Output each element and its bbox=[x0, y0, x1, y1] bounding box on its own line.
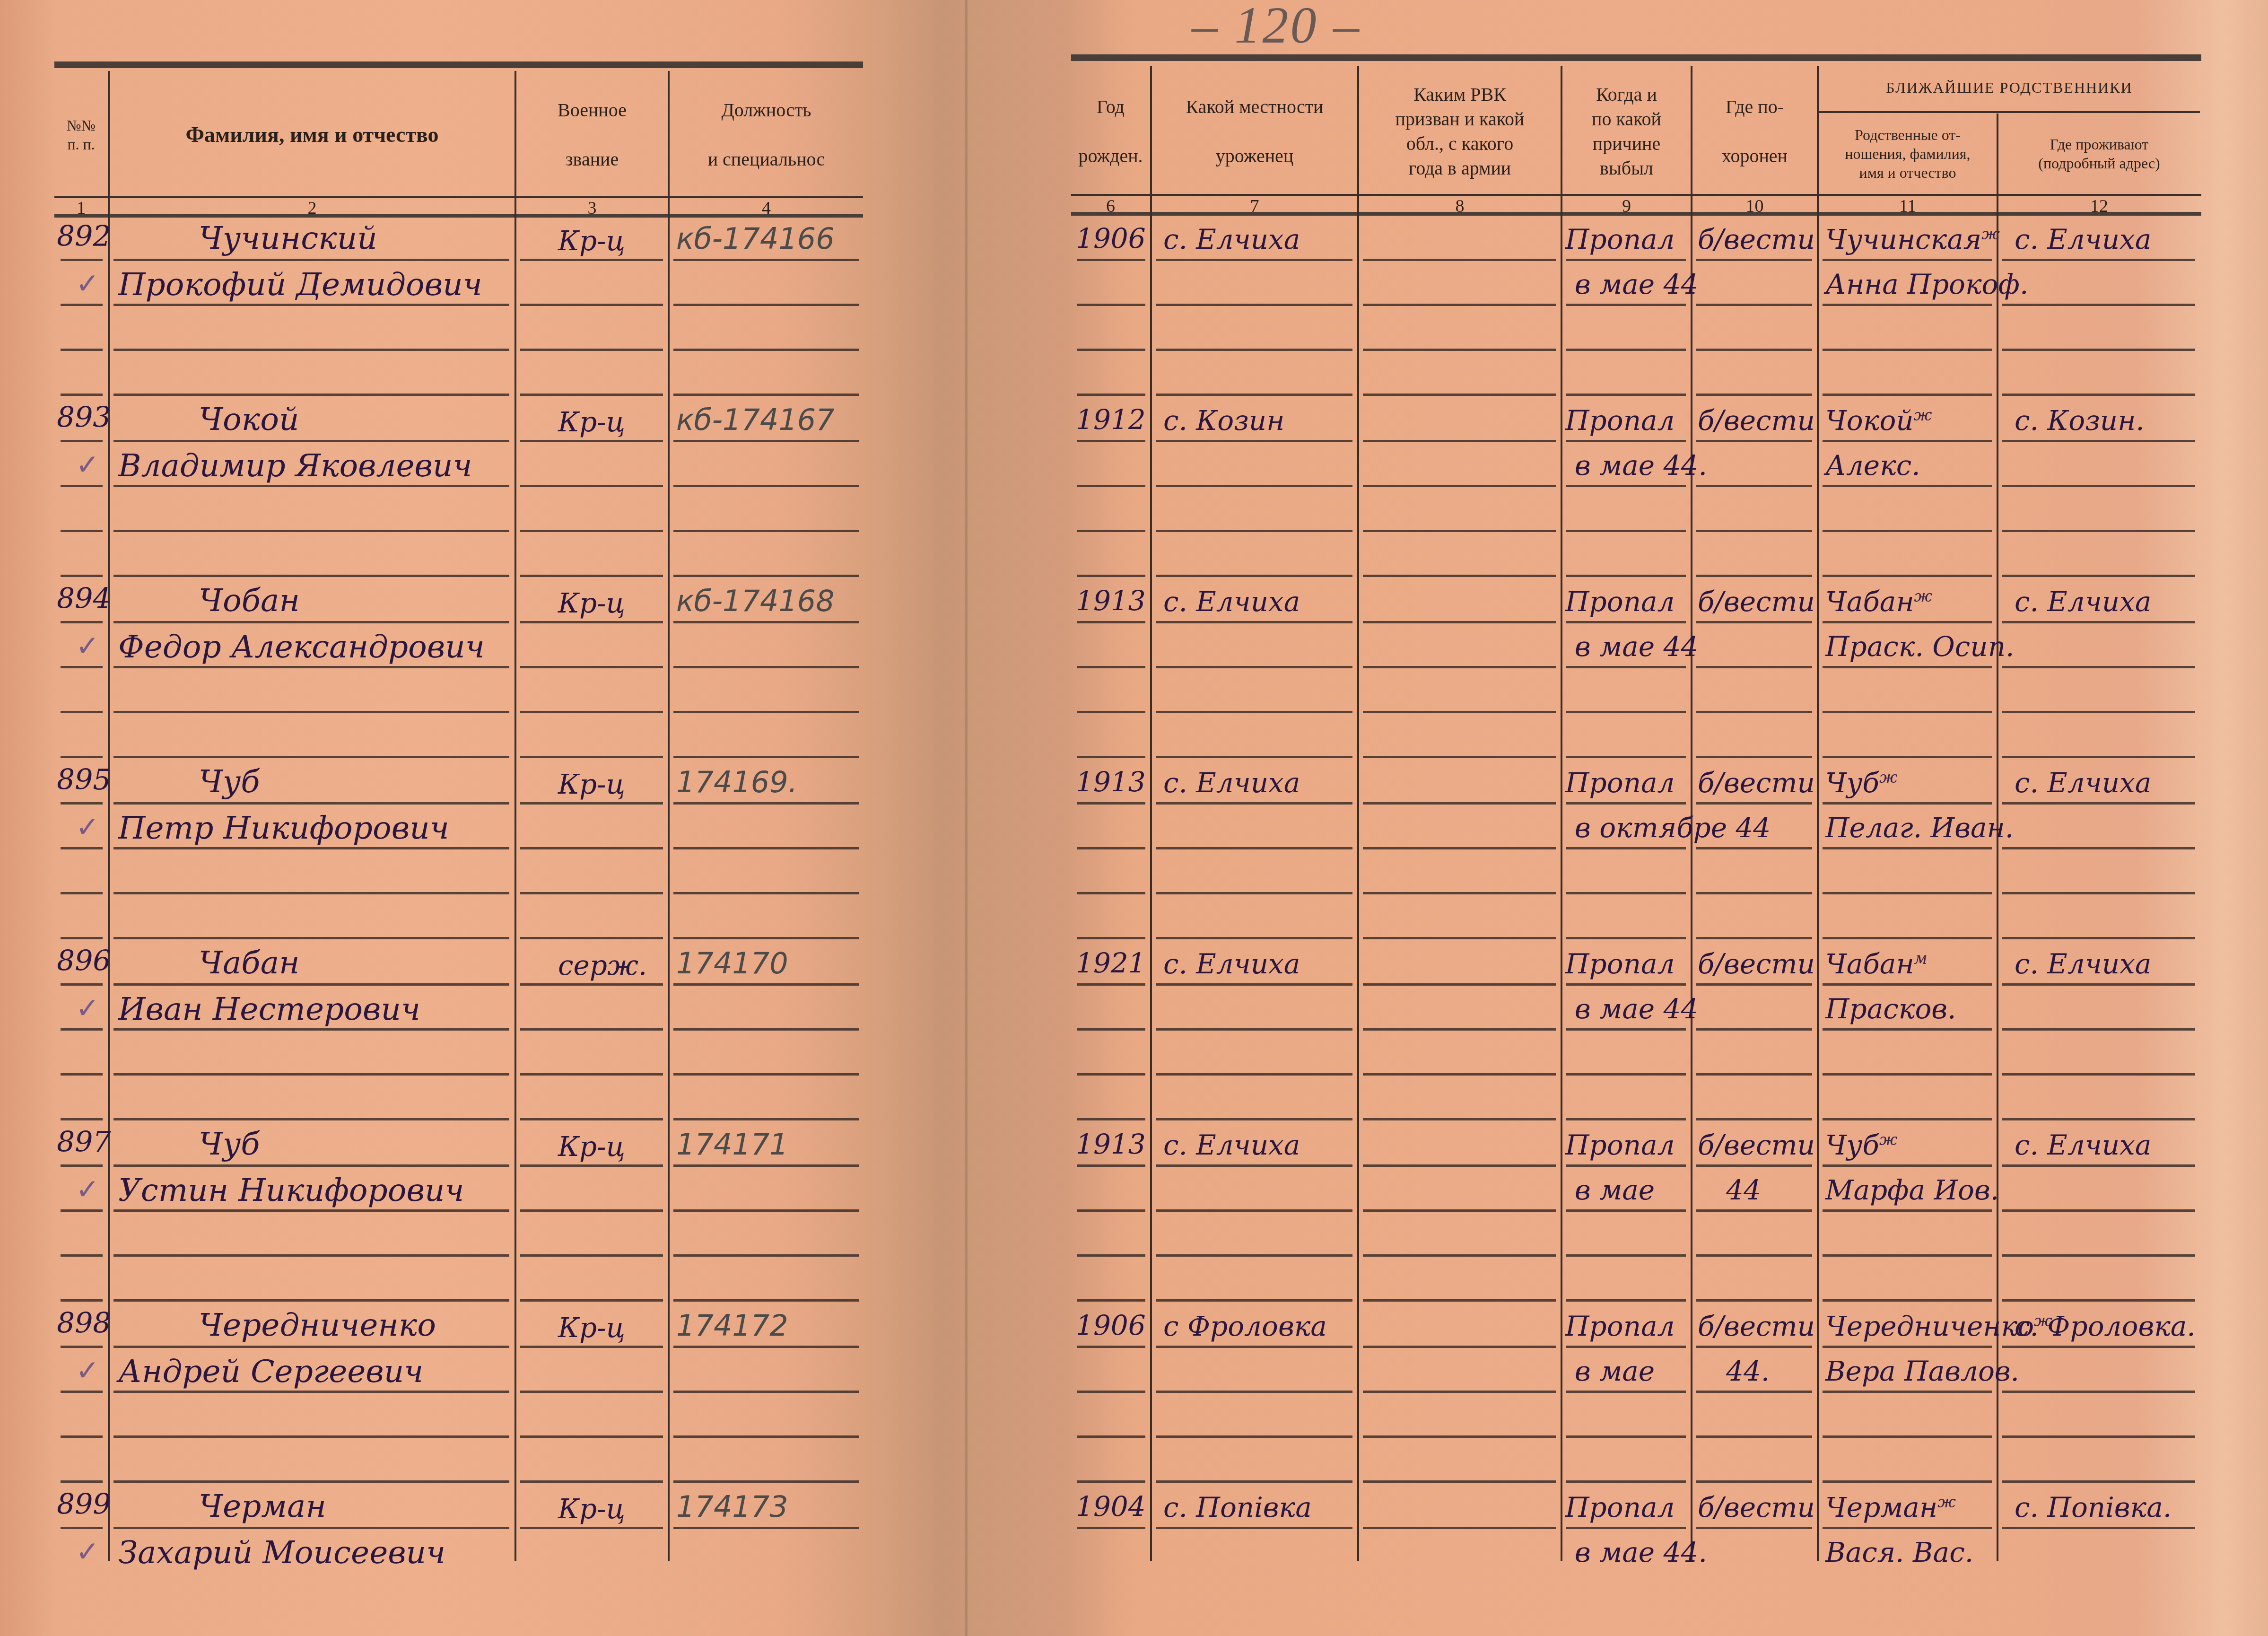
row-rule bbox=[113, 983, 509, 986]
birth-year: 1913 bbox=[1076, 585, 1146, 617]
record-number: 897 bbox=[57, 1126, 111, 1159]
row-rule bbox=[1566, 440, 1686, 442]
row-rule bbox=[61, 1254, 103, 1257]
row-rule bbox=[1077, 621, 1145, 623]
row-rule bbox=[1156, 666, 1352, 668]
row-rule bbox=[1077, 1480, 1145, 1483]
row-rule bbox=[673, 1435, 859, 1438]
header-top-rule bbox=[1071, 54, 2201, 61]
col-number: 4 bbox=[670, 198, 863, 219]
row-rule bbox=[61, 575, 103, 577]
row-rule bbox=[113, 1028, 509, 1031]
row-rule bbox=[2002, 259, 2195, 261]
row-rule bbox=[1363, 440, 1556, 442]
row-rule bbox=[1156, 1254, 1352, 1257]
birthplace: с. Попівка bbox=[1163, 1491, 1312, 1523]
row-rule bbox=[1823, 1118, 1992, 1120]
row-rule bbox=[2002, 1164, 2195, 1167]
col-number: 6 bbox=[1071, 196, 1150, 217]
row-rule bbox=[673, 349, 859, 351]
row-rule bbox=[1823, 1209, 1992, 1212]
relative-given: Пелаг. Иван. bbox=[1825, 812, 2014, 844]
relative-address: с. Елчиха bbox=[2015, 767, 2151, 799]
row-rule bbox=[1156, 892, 1352, 894]
row-rule bbox=[2002, 1346, 2195, 1348]
birth-year: 1906 bbox=[1076, 222, 1146, 254]
row-rule bbox=[1696, 575, 1812, 577]
row-rule bbox=[1156, 802, 1352, 805]
checked-mark-icon: ✓ bbox=[76, 1173, 99, 1206]
row-rule bbox=[1696, 304, 1812, 306]
relation-mark: м bbox=[1914, 949, 1928, 968]
surname: Чобан bbox=[199, 582, 300, 619]
reason-line-2: в мае 44 bbox=[1575, 993, 1698, 1025]
row-rule bbox=[1077, 756, 1145, 758]
row-rule bbox=[2002, 983, 2195, 986]
row-rule bbox=[520, 711, 663, 713]
row-rule bbox=[1077, 1346, 1145, 1348]
row-rule bbox=[1696, 394, 1812, 396]
row-rule bbox=[1156, 530, 1352, 532]
row-rule bbox=[673, 847, 859, 849]
birth-year: 1912 bbox=[1076, 403, 1146, 436]
row-rule bbox=[520, 756, 663, 758]
col-number: 10 bbox=[1692, 196, 1817, 217]
header-burial: Где по- хоронен bbox=[1692, 71, 1817, 192]
row-rule bbox=[61, 1346, 103, 1348]
row-rule bbox=[1566, 259, 1686, 261]
row-rule bbox=[113, 711, 509, 713]
row-rule bbox=[673, 1299, 859, 1302]
row-rule bbox=[61, 847, 103, 849]
burial-line-1: б/вести bbox=[1698, 404, 1815, 437]
row-rule bbox=[61, 1435, 103, 1438]
row-rule bbox=[520, 1527, 663, 1529]
row-rule bbox=[1156, 1299, 1352, 1302]
row-rule bbox=[1363, 1527, 1556, 1529]
row-rule bbox=[1156, 394, 1352, 396]
row-rule bbox=[673, 259, 859, 261]
row-rule bbox=[61, 530, 103, 532]
row-rule bbox=[520, 666, 663, 668]
col-divider bbox=[1357, 66, 1359, 1561]
relative-address: с. Фроловка. bbox=[2015, 1310, 2196, 1342]
row-rule bbox=[1363, 621, 1556, 623]
record-number: 898 bbox=[57, 1307, 111, 1340]
row-rule bbox=[1077, 1028, 1145, 1031]
row-rule bbox=[1566, 847, 1686, 849]
relation-mark: ж bbox=[1914, 406, 1932, 425]
row-rule bbox=[113, 304, 509, 306]
row-rule bbox=[520, 1391, 663, 1393]
row-rule bbox=[1156, 1164, 1352, 1167]
given-names: Петр Никифорович bbox=[118, 810, 449, 846]
row-rule bbox=[61, 259, 103, 261]
row-rule bbox=[673, 983, 859, 986]
surname: Чабан bbox=[199, 945, 299, 981]
row-rule bbox=[1156, 983, 1352, 986]
relative-name: Чубж bbox=[1825, 767, 1898, 799]
row-rule bbox=[1823, 394, 1992, 396]
row-rule bbox=[2002, 304, 2195, 306]
surname: Чучинский bbox=[199, 220, 377, 256]
row-rule bbox=[520, 847, 663, 849]
row-rule bbox=[1077, 304, 1145, 306]
relative-address: с. Попівка. bbox=[2015, 1491, 2172, 1523]
birth-year: 1904 bbox=[1076, 1490, 1146, 1522]
position-code: кб-174166 bbox=[676, 221, 835, 256]
relative-address: с. Елчиха bbox=[2015, 586, 2151, 618]
row-rule bbox=[1566, 1527, 1686, 1529]
row-rule bbox=[1566, 1073, 1686, 1076]
row-rule bbox=[673, 802, 859, 805]
relative-address: с. Елчиха bbox=[2015, 223, 2151, 255]
row-rule bbox=[61, 1209, 103, 1212]
birthplace: с. Козин bbox=[1163, 404, 1284, 437]
page-number: – 120 – bbox=[1192, 0, 1361, 55]
checked-mark-icon: ✓ bbox=[76, 811, 99, 844]
row-rule bbox=[2002, 1480, 2195, 1483]
row-rule bbox=[1823, 666, 1992, 668]
row-rule bbox=[1696, 937, 1812, 939]
row-rule bbox=[61, 1480, 103, 1483]
reason-line-1: Пропал bbox=[1565, 1310, 1675, 1342]
header-position: Должность и специальнос bbox=[670, 76, 863, 194]
reason-line-2: в мае 44 bbox=[1575, 268, 1698, 300]
row-rule bbox=[1823, 1346, 1992, 1348]
row-rule bbox=[1696, 1299, 1812, 1302]
birth-year: 1921 bbox=[1076, 947, 1146, 979]
birth-year: 1913 bbox=[1076, 766, 1146, 798]
row-rule bbox=[1823, 1527, 1992, 1529]
burial-line-1: б/вести bbox=[1698, 586, 1815, 618]
checked-mark-icon: ✓ bbox=[76, 1354, 99, 1387]
row-rule bbox=[113, 1391, 509, 1393]
row-rule bbox=[520, 1073, 663, 1076]
relative-given: Прасков. bbox=[1825, 993, 1956, 1025]
row-rule bbox=[61, 1391, 103, 1393]
position-code: кб-174167 bbox=[676, 402, 835, 437]
relative-address: с. Козин. bbox=[2015, 404, 2145, 437]
row-rule bbox=[673, 440, 859, 442]
position-code: 174171 bbox=[676, 1127, 788, 1162]
relative-given: Анна Прокоф. bbox=[1825, 268, 2028, 300]
row-rule bbox=[1566, 530, 1686, 532]
row-rule bbox=[1823, 802, 1992, 805]
burial-line-1: б/вести bbox=[1698, 223, 1815, 255]
row-rule bbox=[1363, 394, 1556, 396]
position-code: 174169. bbox=[676, 765, 797, 799]
row-rule bbox=[61, 756, 103, 758]
row-rule bbox=[1363, 1209, 1556, 1212]
reason-line-1: Пропал bbox=[1565, 223, 1675, 255]
row-rule bbox=[113, 1209, 509, 1212]
row-rule bbox=[1823, 1164, 1992, 1167]
row-rule bbox=[1156, 259, 1352, 261]
row-rule bbox=[2002, 530, 2195, 532]
row-rule bbox=[673, 937, 859, 939]
row-rule bbox=[1077, 259, 1145, 261]
col-divider bbox=[668, 71, 670, 1561]
row-rule bbox=[1696, 1254, 1812, 1257]
reason-line-2: в мае bbox=[1575, 1355, 1655, 1387]
row-rule bbox=[113, 440, 509, 442]
relative-name: Чабанж bbox=[1825, 586, 1932, 618]
row-rule bbox=[1566, 983, 1686, 986]
row-rule bbox=[1566, 711, 1686, 713]
row-rule bbox=[673, 304, 859, 306]
row-rule bbox=[1823, 756, 1992, 758]
row-rule bbox=[2002, 1527, 2195, 1529]
row-rule bbox=[1566, 304, 1686, 306]
reason-line-2: в мае 44 bbox=[1575, 630, 1698, 663]
row-rule bbox=[1156, 1209, 1352, 1212]
reason-line-2: в октябре 44 bbox=[1575, 812, 1771, 844]
burial-line-1: б/вести bbox=[1698, 948, 1815, 980]
row-rule bbox=[1156, 1480, 1352, 1483]
header-birth-year: Год рожден. bbox=[1071, 71, 1150, 192]
relative-given: Вася. Вас. bbox=[1825, 1536, 1973, 1568]
given-names: Прокофий Демидович bbox=[118, 266, 482, 303]
header-reason: Когда и по какой причине выбыл bbox=[1562, 71, 1691, 192]
military-rank: Кр-ц bbox=[558, 1130, 625, 1163]
header-military-rank: Военное звание bbox=[516, 76, 668, 194]
row-rule bbox=[1823, 1435, 1992, 1438]
row-rule bbox=[1363, 802, 1556, 805]
row-rule bbox=[1696, 621, 1812, 623]
row-rule bbox=[113, 485, 509, 487]
surname: Черман bbox=[199, 1488, 326, 1524]
checked-mark-icon: ✓ bbox=[76, 992, 99, 1025]
reason-line-2: в мае 44. bbox=[1575, 449, 1707, 481]
row-rule bbox=[1823, 621, 1992, 623]
row-rule bbox=[113, 530, 509, 532]
col-divider bbox=[1561, 66, 1562, 1561]
row-rule bbox=[673, 1254, 859, 1257]
header-relatives-group: БЛИЖАЙШИЕ РОДСТВЕННИКИ bbox=[1819, 66, 2200, 109]
row-rule bbox=[1077, 847, 1145, 849]
row-rule bbox=[1077, 530, 1145, 532]
row-rule bbox=[113, 802, 509, 805]
row-rule bbox=[1566, 892, 1686, 894]
row-rule bbox=[673, 1391, 859, 1393]
row-rule bbox=[1156, 440, 1352, 442]
row-rule bbox=[61, 1118, 103, 1120]
row-rule bbox=[113, 1164, 509, 1167]
row-rule bbox=[1823, 711, 1992, 713]
row-rule bbox=[673, 1527, 859, 1529]
row-rule bbox=[2002, 1254, 2195, 1257]
position-code: 174173 bbox=[676, 1489, 788, 1524]
row-rule bbox=[113, 756, 509, 758]
military-rank: Кр-ц bbox=[558, 225, 625, 257]
relative-address: с. Елчиха bbox=[2015, 948, 2151, 980]
header-top-rule bbox=[54, 61, 863, 68]
relatives-group-rule bbox=[1817, 111, 2200, 113]
record-number: 894 bbox=[57, 582, 111, 615]
reason-line-2: в мае 44. bbox=[1575, 1536, 1707, 1568]
row-rule bbox=[61, 1028, 103, 1031]
row-rule bbox=[2002, 1028, 2195, 1031]
row-rule bbox=[1823, 1391, 1992, 1393]
row-rule bbox=[61, 304, 103, 306]
row-rule bbox=[673, 485, 859, 487]
row-rule bbox=[673, 1028, 859, 1031]
row-rule bbox=[673, 756, 859, 758]
book-fold bbox=[965, 0, 968, 1636]
row-rule bbox=[113, 394, 509, 396]
col-divider bbox=[515, 71, 516, 1561]
row-rule bbox=[2002, 711, 2195, 713]
reason-line-1: Пропал bbox=[1565, 1491, 1675, 1523]
burial-line-2: 44 bbox=[1726, 1174, 1761, 1206]
row-rule bbox=[2002, 1073, 2195, 1076]
row-rule bbox=[1823, 937, 1992, 939]
row-rule bbox=[520, 575, 663, 577]
row-rule bbox=[1156, 1346, 1352, 1348]
row-rule bbox=[1077, 1254, 1145, 1257]
military-rank: Кр-ц bbox=[558, 1312, 625, 1344]
row-rule bbox=[1696, 1435, 1812, 1438]
row-rule bbox=[1696, 530, 1812, 532]
row-rule bbox=[1823, 1299, 1992, 1302]
row-rule bbox=[2002, 621, 2195, 623]
birth-year: 1906 bbox=[1076, 1309, 1146, 1341]
row-rule bbox=[1363, 1346, 1556, 1348]
row-rule bbox=[1566, 937, 1686, 939]
burial-line-1: б/вести bbox=[1698, 1129, 1815, 1161]
row-rule bbox=[2002, 1299, 2195, 1302]
row-rule bbox=[1363, 1435, 1556, 1438]
row-rule bbox=[1077, 983, 1145, 986]
row-rule bbox=[1566, 756, 1686, 758]
col-divider bbox=[1150, 66, 1152, 1561]
row-rule bbox=[61, 983, 103, 986]
row-rule bbox=[1363, 349, 1556, 351]
row-rule bbox=[61, 892, 103, 894]
col-number: 11 bbox=[1819, 196, 1997, 217]
relative-given: Марфа Иов. bbox=[1825, 1174, 1999, 1206]
row-rule bbox=[1363, 983, 1556, 986]
row-rule bbox=[2002, 394, 2195, 396]
row-rule bbox=[1696, 440, 1812, 442]
row-rule bbox=[1363, 575, 1556, 577]
row-rule bbox=[1363, 1073, 1556, 1076]
row-rule bbox=[61, 937, 103, 939]
col-number: 7 bbox=[1152, 196, 1357, 217]
row-rule bbox=[520, 892, 663, 894]
row-rule bbox=[1077, 1118, 1145, 1120]
row-rule bbox=[1077, 394, 1145, 396]
row-rule bbox=[1077, 1527, 1145, 1529]
col-number: 3 bbox=[516, 198, 668, 219]
row-rule bbox=[520, 1299, 663, 1302]
row-rule bbox=[1696, 1346, 1812, 1348]
row-rule bbox=[1156, 575, 1352, 577]
row-rule bbox=[1156, 1435, 1352, 1438]
row-rule bbox=[1363, 1254, 1556, 1257]
row-rule bbox=[1696, 1391, 1812, 1393]
row-rule bbox=[2002, 937, 2195, 939]
relative-given: Вера Павлов. bbox=[1825, 1355, 2019, 1387]
row-rule bbox=[2002, 1118, 2195, 1120]
row-rule bbox=[520, 1435, 663, 1438]
row-rule bbox=[1696, 1527, 1812, 1529]
row-rule bbox=[1566, 575, 1686, 577]
row-rule bbox=[520, 1209, 663, 1212]
row-rule bbox=[1077, 892, 1145, 894]
row-rule bbox=[113, 1254, 509, 1257]
relation-mark: ж bbox=[1914, 587, 1933, 606]
row-rule bbox=[1363, 847, 1556, 849]
row-rule bbox=[113, 1118, 509, 1120]
military-rank: Кр-ц bbox=[558, 1493, 625, 1525]
row-rule bbox=[113, 1073, 509, 1076]
birthplace: с. Елчиха bbox=[1163, 948, 1300, 980]
row-rule bbox=[1823, 485, 1992, 487]
row-rule bbox=[1696, 1118, 1812, 1120]
row-rule bbox=[1696, 847, 1812, 849]
row-rule bbox=[520, 1254, 663, 1257]
row-rule bbox=[520, 621, 663, 623]
burial-line-1: б/вести bbox=[1698, 767, 1815, 799]
reason-line-1: Пропал bbox=[1565, 1129, 1675, 1161]
row-rule bbox=[1156, 621, 1352, 623]
header-rvk: Каким РВК призван и какой обл., с какого… bbox=[1359, 71, 1561, 192]
row-rule bbox=[61, 1299, 103, 1302]
surname: Чуб bbox=[199, 763, 260, 800]
relative-name: Чокойж bbox=[1825, 404, 1932, 437]
military-rank: Кр-ц bbox=[558, 406, 625, 438]
row-rule bbox=[1156, 304, 1352, 306]
row-rule bbox=[61, 349, 103, 351]
row-rule bbox=[520, 1346, 663, 1348]
row-rule bbox=[1566, 1028, 1686, 1031]
col-number: 2 bbox=[110, 198, 515, 219]
checked-mark-icon: ✓ bbox=[76, 448, 99, 481]
row-rule bbox=[673, 394, 859, 396]
row-rule bbox=[673, 892, 859, 894]
row-rule bbox=[1696, 349, 1812, 351]
header-birthplace: Какой местности уроженец bbox=[1152, 71, 1357, 192]
row-rule bbox=[1823, 259, 1992, 261]
row-rule bbox=[1566, 1391, 1686, 1393]
row-rule bbox=[2002, 666, 2195, 668]
row-rule bbox=[520, 394, 663, 396]
row-rule bbox=[1156, 1527, 1352, 1529]
row-rule bbox=[2002, 756, 2195, 758]
row-rule bbox=[1077, 1073, 1145, 1076]
row-rule bbox=[1696, 1073, 1812, 1076]
row-rule bbox=[1696, 1480, 1812, 1483]
row-rule bbox=[1156, 756, 1352, 758]
row-rule bbox=[1363, 1028, 1556, 1031]
row-rule bbox=[1363, 530, 1556, 532]
reason-line-1: Пропал bbox=[1565, 404, 1675, 437]
row-rule bbox=[1363, 1391, 1556, 1393]
row-rule bbox=[2002, 1209, 2195, 1212]
row-rule bbox=[1696, 892, 1812, 894]
birthplace: с. Елчиха bbox=[1163, 1129, 1300, 1161]
row-rule bbox=[1823, 575, 1992, 577]
row-rule bbox=[1566, 1254, 1686, 1257]
military-rank: Кр-ц bbox=[558, 587, 625, 619]
row-rule bbox=[113, 1299, 509, 1302]
reason-line-1: Пропал bbox=[1565, 948, 1675, 980]
row-rule bbox=[113, 1346, 509, 1348]
row-rule bbox=[1696, 259, 1812, 261]
row-rule bbox=[1823, 983, 1992, 986]
